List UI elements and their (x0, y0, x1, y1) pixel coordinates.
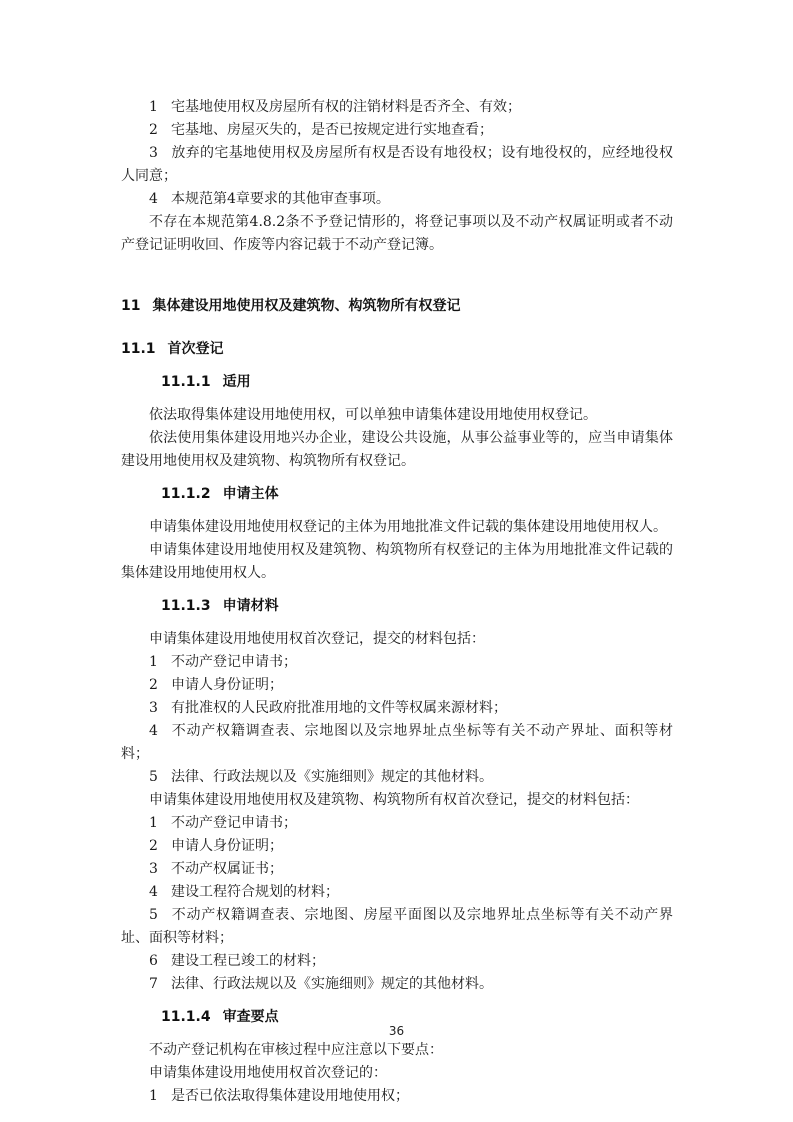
paragraph: 不存在本规范第4.8.2条不予登记情形的，将登记事项以及不动产权属证明或者不动产… (121, 211, 673, 257)
heading-title: 适用 (223, 374, 251, 390)
paragraph: 申请集体建设用地使用权及建筑物、构筑物所有权登记的主体为用地批准文件记载的集体建… (121, 539, 673, 585)
item-number: 1 (149, 651, 163, 674)
list-item: 4不动产权籍调查表、宗地图以及宗地界址点坐标等有关不动产界址、面积等材料； (121, 720, 673, 766)
item-text: 放弃的宅基地使用权及房屋所有权是否设有地役权；设有地役权的，应经地役权人同意； (121, 145, 673, 184)
item-text: 法律、行政法规以及《实施细则》规定的其他材料。 (171, 769, 493, 785)
item-text: 宅基地使用权及房屋所有权的注销材料是否齐全、有效； (171, 99, 521, 115)
list-item: 3有批准权的人民政府批准用地的文件等权属来源材料； (121, 697, 673, 720)
item-number: 6 (149, 950, 163, 973)
item-number: 2 (149, 119, 163, 142)
page-number: 36 (0, 1024, 793, 1038)
heading-title: 申请主体 (223, 486, 279, 502)
subsection-heading: 11.1.3申请材料 (121, 595, 673, 618)
chapter-heading: 11集体建设用地使用权及建筑物、构筑物所有权登记 (121, 295, 673, 318)
list-item: 1是否已依法取得集体建设用地使用权； (121, 1085, 673, 1108)
list-item: 3放弃的宅基地使用权及房屋所有权是否设有地役权；设有地役权的，应经地役权人同意； (121, 142, 673, 188)
item-text: 不动产权籍调查表、宗地图、房屋平面图以及宗地界址点坐标等有关不动产界址、面积等材… (121, 907, 673, 946)
item-number: 4 (149, 881, 163, 904)
document-page: 1宅基地使用权及房屋所有权的注销材料是否齐全、有效； 2宅基地、房屋灭失的，是否… (121, 96, 673, 1108)
list-item: 1不动产登记申请书； (121, 651, 673, 674)
item-number: 7 (149, 973, 163, 996)
item-text: 建设工程符合规划的材料； (171, 884, 339, 900)
item-text: 不动产权属证书； (171, 861, 283, 877)
list-item: 1宅基地使用权及房屋所有权的注销材料是否齐全、有效； (121, 96, 673, 119)
item-text: 申请人身份证明； (171, 677, 283, 693)
item-text: 不动产登记申请书； (171, 815, 297, 831)
item-text: 申请人身份证明； (171, 838, 283, 854)
item-number: 4 (149, 188, 163, 211)
subsection-heading: 11.1.2申请主体 (121, 483, 673, 506)
heading-title: 集体建设用地使用权及建筑物、构筑物所有权登记 (152, 298, 460, 314)
list-item: 2申请人身份证明； (121, 674, 673, 697)
item-number: 2 (149, 674, 163, 697)
item-number: 3 (149, 697, 163, 720)
item-text: 不动产权籍调查表、宗地图以及宗地界址点坐标等有关不动产界址、面积等材料； (121, 723, 673, 762)
item-number: 2 (149, 835, 163, 858)
list-item: 7法律、行政法规以及《实施细则》规定的其他材料。 (121, 973, 673, 996)
item-number: 5 (149, 766, 163, 789)
heading-title: 审查要点 (223, 1009, 279, 1025)
item-text: 建设工程已竣工的材料； (171, 953, 325, 969)
paragraph: 申请集体建设用地使用权首次登记，提交的材料包括： (121, 628, 673, 651)
list-item: 1不动产登记申请书； (121, 812, 673, 835)
paragraph: 申请集体建设用地使用权及建筑物、构筑物所有权首次登记，提交的材料包括： (121, 789, 673, 812)
item-number: 4 (149, 720, 163, 743)
item-text: 不动产登记申请书； (171, 654, 297, 670)
list-item: 5不动产权籍调查表、宗地图、房屋平面图以及宗地界址点坐标等有关不动产界址、面积等… (121, 904, 673, 950)
item-number: 3 (149, 858, 163, 881)
paragraph: 依法使用集体建设用地兴办企业，建设公共设施，从事公益事业等的，应当申请集体建设用… (121, 427, 673, 473)
paragraph: 依法取得集体建设用地使用权，可以单独申请集体建设用地使用权登记。 (121, 404, 673, 427)
list-item: 4本规范第4章要求的其他审查事项。 (121, 188, 673, 211)
heading-number: 11.1.2 (161, 483, 211, 506)
heading-number: 11.1 (121, 338, 156, 361)
list-item: 6建设工程已竣工的材料； (121, 950, 673, 973)
list-item: 4建设工程符合规划的材料； (121, 881, 673, 904)
item-number: 3 (149, 142, 163, 165)
heading-title: 申请材料 (223, 598, 279, 614)
heading-number: 11.1.1 (161, 371, 211, 394)
paragraph: 申请集体建设用地使用权登记的主体为用地批准文件记载的集体建设用地使用权人。 (121, 516, 673, 539)
subsection-heading: 11.1.1适用 (121, 371, 673, 394)
item-text: 法律、行政法规以及《实施细则》规定的其他材料。 (171, 976, 493, 992)
item-number: 1 (149, 96, 163, 119)
heading-title: 首次登记 (168, 341, 224, 357)
item-number: 1 (149, 812, 163, 835)
section-heading: 11.1首次登记 (121, 338, 673, 361)
item-number: 5 (149, 904, 163, 927)
list-item: 2宅基地、房屋灭失的，是否已按规定进行实地查看； (121, 119, 673, 142)
item-text: 本规范第4章要求的其他审查事项。 (171, 191, 390, 207)
item-text: 有批准权的人民政府批准用地的文件等权属来源材料； (171, 700, 507, 716)
heading-number: 11.1.3 (161, 595, 211, 618)
item-number: 1 (149, 1085, 163, 1108)
item-text: 是否已依法取得集体建设用地使用权； (171, 1088, 409, 1104)
paragraph: 不动产登记机构在审核过程中应注意以下要点： (121, 1039, 673, 1062)
list-item: 5法律、行政法规以及《实施细则》规定的其他材料。 (121, 766, 673, 789)
list-item: 2申请人身份证明； (121, 835, 673, 858)
paragraph: 申请集体建设用地使用权首次登记的： (121, 1062, 673, 1085)
heading-number: 11 (121, 295, 140, 318)
list-item: 3不动产权属证书； (121, 858, 673, 881)
item-text: 宅基地、房屋灭失的，是否已按规定进行实地查看； (171, 122, 493, 138)
